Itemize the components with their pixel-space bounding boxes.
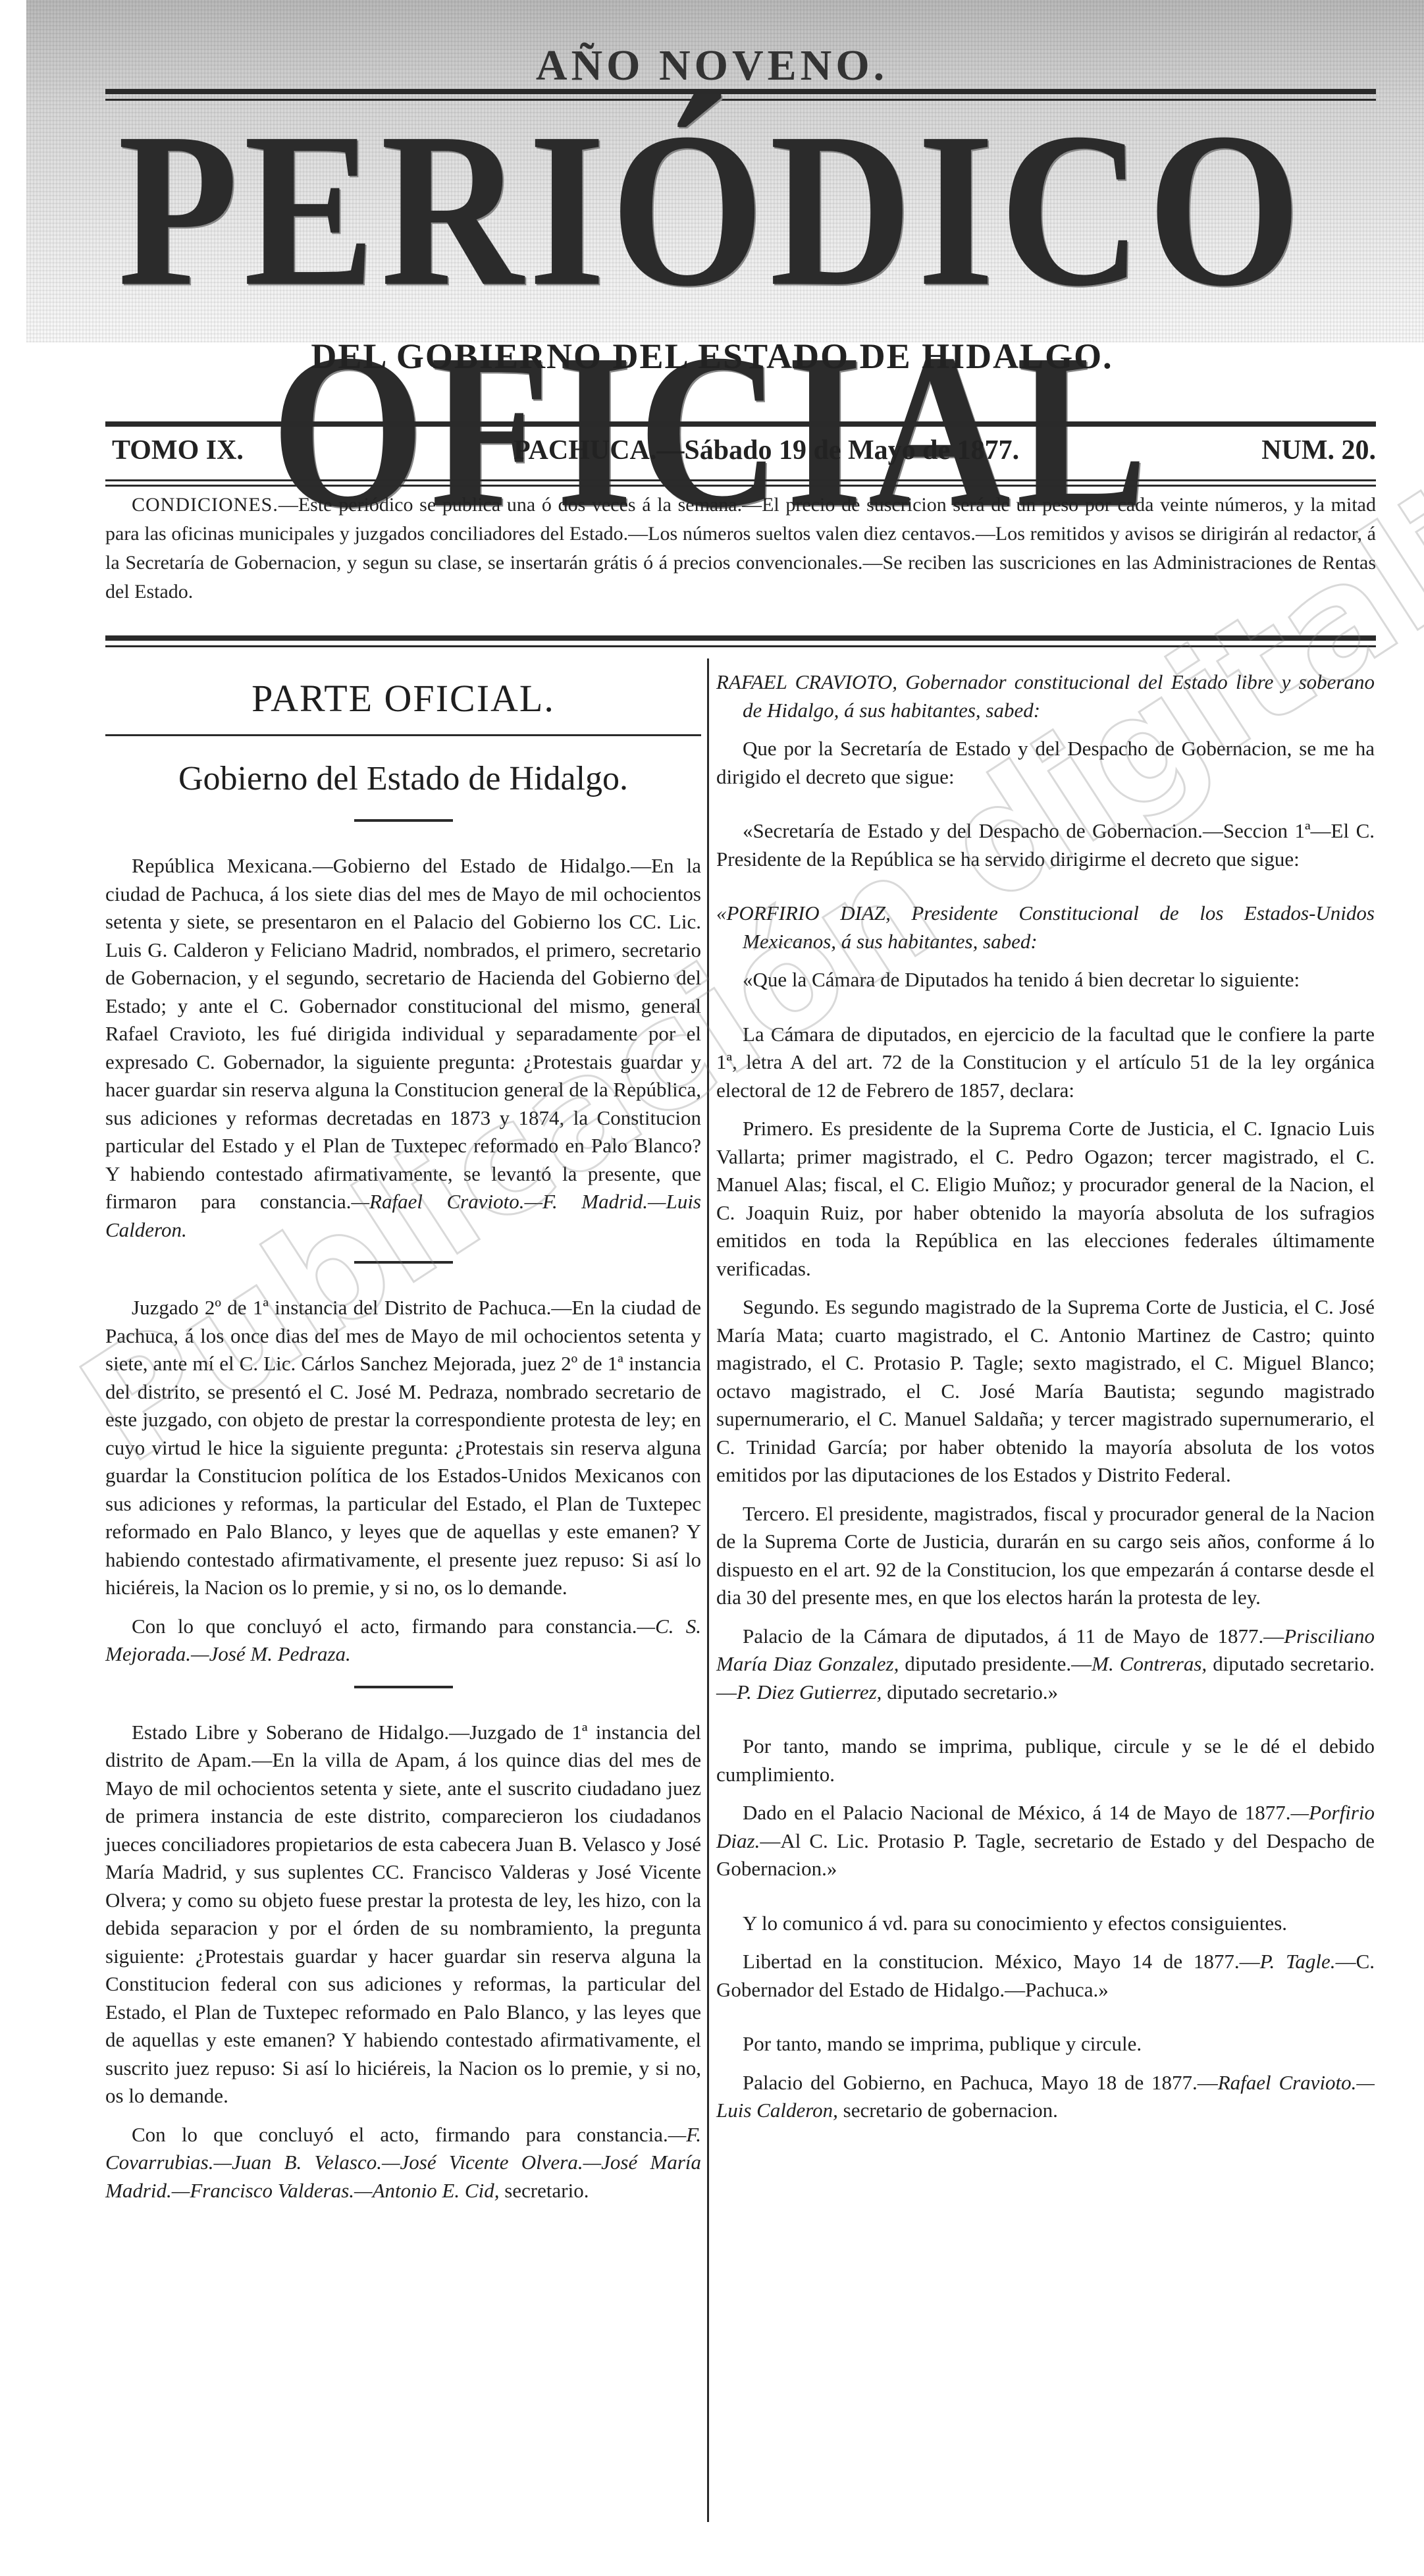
proclamation-heading: RAFAEL CRAVIOTO, Gobernador constitucion…: [716, 668, 1375, 724]
left-column: PARTE OFICIAL. Gobierno del Estado de Hi…: [105, 668, 701, 2215]
national-palace-signature: Dado en el Palacio Nacional de México, á…: [716, 1799, 1375, 1883]
separator-dash: [354, 1686, 453, 1688]
conditions-label: CONDICIONES.: [132, 494, 278, 516]
separator-dash: [354, 819, 453, 822]
government-palace-signature: Palacio del Gobierno, en Pachuca, Mayo 1…: [716, 2069, 1375, 2125]
volume-label: TOMO IX.: [112, 435, 244, 466]
article-oath-officials: República Mexicana.—Gobierno del Estado …: [105, 852, 701, 1244]
newspaper-page: AÑO NOVENO. PERIÓDICO OFICIAL DEL GOBIER…: [0, 0, 1424, 2576]
year-line: AÑO NOVENO.: [0, 41, 1424, 91]
chamber-signature: Palacio de la Cámara de diputados, á 11 …: [716, 1623, 1375, 1707]
decree-article-primero: Primero. Es presidente de la Suprema Cor…: [716, 1115, 1375, 1283]
paragraph: Y lo comunico á vd. para su conocimiento…: [716, 1910, 1375, 1938]
subsection-title: Gobierno del Estado de Hidalgo.: [105, 756, 701, 802]
section-rule: [105, 734, 701, 736]
article-closing: Con lo que concluyó el acto, firmando pa…: [105, 1613, 701, 1669]
issue-number: NUM. 20.: [1261, 435, 1376, 466]
paragraph: «Secretaría de Estado y del Despacho de …: [716, 817, 1375, 873]
paragraph: Por tanto, mando se imprima, publique y …: [716, 2030, 1375, 2058]
article-juzgado-apam: Estado Libre y Soberano de Hidalgo.—Juzg…: [105, 1719, 701, 2110]
separator-dash: [354, 1261, 453, 1264]
place-date: PACHUCA.—Sábado 19 de Mayo de 1877.: [514, 435, 1019, 466]
decree-article-tercero: Tercero. El presidente, magistrados, fis…: [716, 1500, 1375, 1612]
libertad-signature: Libertad en la constitucion. México, May…: [716, 1948, 1375, 2004]
issue-info-row: TOMO IX. PACHUCA.—Sábado 19 de Mayo de 1…: [105, 435, 1376, 481]
paragraph: Que por la Secretaría de Estado y del De…: [716, 735, 1375, 791]
article-closing: Con lo que concluyó el acto, firmando pa…: [105, 2121, 701, 2205]
issue-rule-bottom: [105, 479, 1376, 481]
paragraph: La Cámara de diputados, en ejercicio de …: [716, 1021, 1375, 1105]
issue-rule-top: [105, 421, 1376, 427]
conditions-rule-thin: [105, 645, 1376, 647]
issue-rule-bottom-2: [105, 485, 1376, 487]
section-title: PARTE OFICIAL.: [105, 672, 701, 725]
decree-article-segundo: Segundo. Es segundo magistrado de la Sup…: [716, 1293, 1375, 1489]
paragraph: «Que la Cámara de Diputados ha tenido á …: [716, 966, 1375, 994]
column-divider: [707, 658, 709, 2522]
paragraph: Por tanto, mando se imprima, publique, c…: [716, 1732, 1375, 1788]
decree-heading: «PORFIRIO DIAZ, Presidente Constituciona…: [716, 899, 1375, 955]
conditions-text: —Este periódico se publica una ó dos vec…: [105, 494, 1376, 603]
subscription-conditions: CONDICIONES.—Este periódico se publica u…: [105, 491, 1376, 606]
article-juzgado-pachuca: Juzgado 2º de 1ª instancia del Distrito …: [105, 1294, 701, 1602]
right-column: RAFAEL CRAVIOTO, Gobernador constitucion…: [716, 668, 1375, 2135]
newspaper-subtitle: DEL GOBIERNO DEL ESTADO DE HIDALGO.: [0, 336, 1424, 377]
conditions-rule: [105, 635, 1376, 641]
